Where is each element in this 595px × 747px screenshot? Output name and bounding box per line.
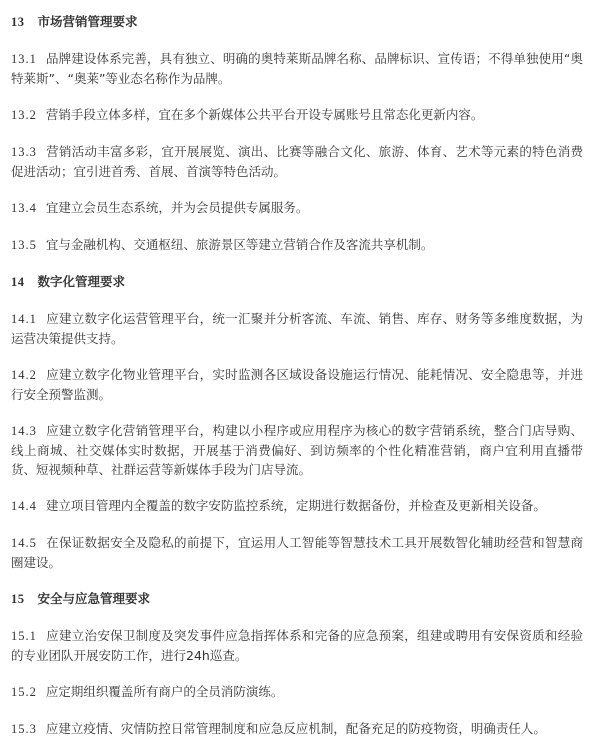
clause-number: 14.4 (11, 499, 37, 513)
clause-paragraph: 14.4建立项目管理内全覆盖的数字安防监控系统，定期进行数据备份，并检查及更新相… (11, 496, 583, 516)
clause-number: 15.1 (11, 629, 37, 643)
clause-paragraph: 13.1品牌建设体系完善，具有独立、明确的奥特莱斯品牌名称、品牌标识、宣传语；不… (11, 49, 583, 88)
clause-paragraph: 14.3应建立数字化营销管理平台，构建以小程序或应用程序为核心的数字营销系统，整… (11, 421, 583, 479)
clause-text: 应建立数字化营销管理平台，构建以小程序或应用程序为核心的数字营销系统，整合门店导… (11, 423, 583, 477)
clause-text: 应建立数字化运营管理平台，统一汇聚并分析客流、车流、销售、库存、财务等多维度数据… (11, 311, 583, 346)
clause-paragraph: 15.2应定期组织覆盖所有商户的全员消防演练。 (11, 682, 583, 702)
clause-paragraph: 13.3营销活动丰富多彩，宜开展展览、演出、比赛等融合文化、旅游、体育、艺术等元… (11, 142, 583, 181)
clause-number: 15.2 (11, 685, 37, 699)
clause-text: 应建立数字化物业管理平台，实时监测各区域设备设施运行情况、能耗情况、安全隐患等，… (11, 367, 583, 402)
clause-number: 14.5 (11, 536, 37, 550)
heading-title: 安全与应急管理要求 (38, 591, 151, 606)
clause-text: 应建立治安保卫制度及突发事件应急指挥体系和完备的应急预案，组建或聘用有安保资质和… (11, 628, 583, 663)
section-heading: 14数字化管理要求 (11, 272, 583, 292)
clause-text: 营销手段立体多样，宜在多个新媒体公共平台开设专属账号且常态化更新内容。 (46, 107, 484, 122)
section-number: 15 (11, 592, 25, 606)
clause-text: 宜与金融机构、交通枢纽、旅游景区等建立营销合作及客流共享机制。 (46, 237, 434, 252)
clause-paragraph: 14.2应建立数字化物业管理平台，实时监测各区域设备设施运行情况、能耗情况、安全… (11, 365, 583, 404)
clause-text: 营销活动丰富多彩，宜开展展览、演出、比赛等融合文化、旅游、体育、艺术等元素的特色… (11, 144, 583, 179)
clause-number: 13.4 (11, 201, 37, 215)
clause-number: 13.3 (11, 145, 37, 159)
clause-number: 14.3 (11, 424, 37, 438)
clause-text: 建立项目管理内全覆盖的数字安防监控系统，定期进行数据备份，并检查及更新相关设备。 (46, 498, 546, 513)
heading-title: 市场营销管理要求 (38, 14, 138, 29)
clause-paragraph: 13.2营销手段立体多样，宜在多个新媒体公共平台开设专属账号且常态化更新内容。 (11, 105, 583, 125)
clause-text: 品牌建设体系完善，具有独立、明确的奥特莱斯品牌名称、品牌标识、宣传语；不得单独使… (11, 51, 583, 86)
clause-number: 15.3 (11, 722, 37, 736)
clause-number: 13.5 (11, 238, 37, 252)
heading-title: 数字化管理要求 (38, 274, 126, 289)
clause-paragraph: 15.3应建立疫情、灾情防控日常管理制度和应急反应机制，配备充足的防疫物资，明确… (11, 719, 583, 739)
section-heading: 13市场营销管理要求 (11, 12, 583, 32)
clause-text: 宜建立会员生态系统，并为会员提供专属服务。 (46, 200, 309, 215)
clause-text: 应建立疫情、灾情防控日常管理制度和应急反应机制，配备充足的防疫物资，明确责任人。 (46, 721, 546, 736)
clause-paragraph: 14.5在保证数据安全及隐私的前提下，宜运用人工智能等智慧技术工具开展数智化辅助… (11, 533, 583, 572)
document-content: 13市场营销管理要求13.1品牌建设体系完善，具有独立、明确的奥特莱斯品牌名称、… (11, 12, 583, 739)
clause-paragraph: 13.4宜建立会员生态系统，并为会员提供专属服务。 (11, 198, 583, 218)
section-number: 13 (11, 15, 25, 29)
document-page: 13市场营销管理要求13.1品牌建设体系完善，具有独立、明确的奥特莱斯品牌名称、… (0, 0, 595, 747)
clause-paragraph: 14.1应建立数字化运营管理平台，统一汇聚并分析客流、车流、销售、库存、财务等多… (11, 309, 583, 348)
clause-number: 14.1 (11, 312, 37, 326)
clause-paragraph: 13.5宜与金融机构、交通枢纽、旅游景区等建立营销合作及客流共享机制。 (11, 235, 583, 255)
clause-number: 13.2 (11, 108, 37, 122)
clause-number: 14.2 (11, 368, 37, 382)
section-number: 14 (11, 275, 25, 289)
clause-number: 13.1 (11, 52, 37, 66)
section-heading: 15安全与应急管理要求 (11, 589, 583, 609)
clause-paragraph: 15.1应建立治安保卫制度及突发事件应急指挥体系和完备的应急预案，组建或聘用有安… (11, 626, 583, 665)
clause-text: 在保证数据安全及隐私的前提下，宜运用人工智能等智慧技术工具开展数智化辅助经营和智… (11, 535, 583, 570)
clause-text: 应定期组织覆盖所有商户的全员消防演练。 (46, 684, 284, 699)
